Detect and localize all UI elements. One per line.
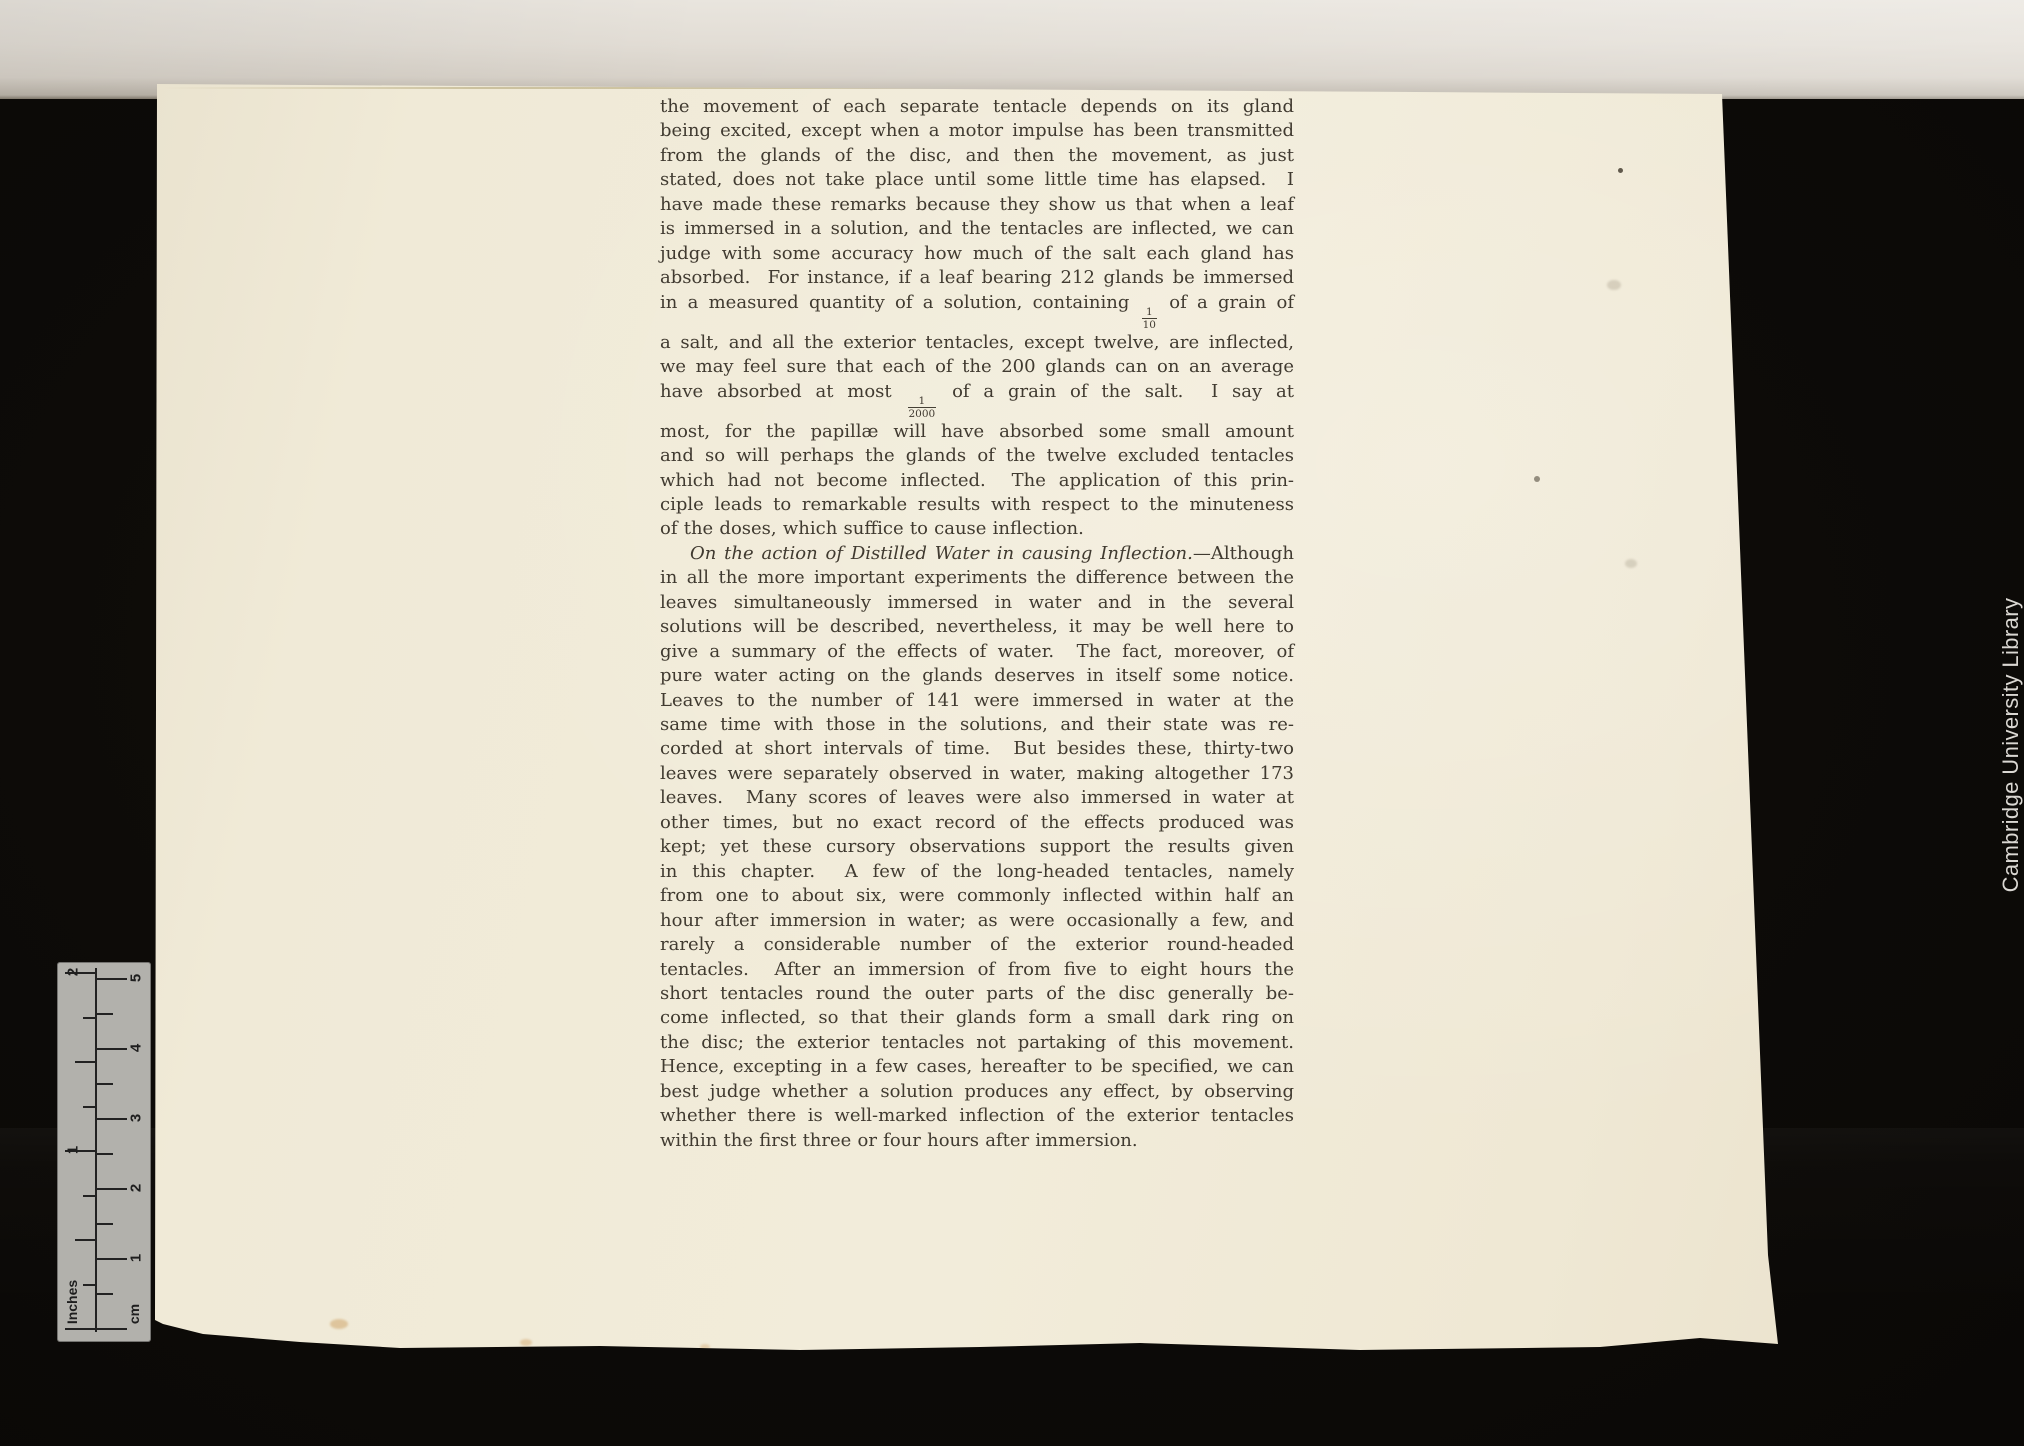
inch-tick	[75, 1239, 95, 1241]
text-line: from one to about six, were commonly inf…	[660, 884, 1294, 908]
text-line: give a summary of the effects of water. …	[660, 640, 1294, 664]
ruler: Inches cm 1212345	[57, 962, 151, 1342]
text-line: in this chapter. A few of the long-heade…	[660, 860, 1294, 884]
text-line: of the doses, which suffice to cause inf…	[660, 517, 1294, 541]
cm-tick	[97, 1188, 127, 1190]
page-stain	[1534, 476, 1540, 482]
text-line: tentacles. After an immersion of from fi…	[660, 958, 1294, 982]
ruler-axis	[95, 968, 97, 1332]
text-line: solutions will be described, nevertheles…	[660, 615, 1294, 639]
cm-tick	[97, 1153, 113, 1155]
scan-stage: the movement of each separate tentacle d…	[0, 0, 2024, 1446]
text-line: corded at short intervals of time. But b…	[660, 737, 1294, 761]
cm-tick	[97, 1258, 127, 1260]
text-line: most, for the papillæ will have absorbed…	[660, 420, 1294, 444]
text-line: hour after immersion in water; as were o…	[660, 909, 1294, 933]
text-line: and so will perhaps the glands of the tw…	[660, 444, 1294, 468]
text-line: other times, but no exact record of the …	[660, 811, 1294, 835]
text-line: absorbed. For instance, if a leaf bearin…	[660, 266, 1294, 290]
text-line: come inflected, so that their glands for…	[660, 1006, 1294, 1030]
cm-tick	[97, 1223, 113, 1225]
text-line: ciple leads to remarkable results with r…	[660, 493, 1294, 517]
text-line: judge with some accuracy how much of the…	[660, 242, 1294, 266]
text-line: rarely a considerable number of the exte…	[660, 933, 1294, 957]
cm-tick	[97, 1328, 127, 1330]
inch-tick	[83, 1017, 95, 1019]
text-line: Hence, excepting in a few cases, hereaft…	[660, 1055, 1294, 1079]
text-line: Leaves to the number of 141 were immerse…	[660, 689, 1294, 713]
text-line: have made these remarks because they sho…	[660, 193, 1294, 217]
text-line: have absorbed at most 12000 of a grain o…	[660, 380, 1294, 420]
cm-number: 5	[128, 974, 145, 982]
library-watermark: Cambridge University Library	[1998, 598, 2024, 893]
cm-tick	[97, 1013, 113, 1015]
inch-number: 2	[65, 968, 82, 976]
text-line: which had not become inflected. The appl…	[660, 469, 1294, 493]
text-line: is immersed in a solution, and the tenta…	[660, 217, 1294, 241]
ruler-cm-label: cm	[126, 1304, 142, 1324]
text-line: short tentacles round the outer parts of…	[660, 982, 1294, 1006]
text-line: leaves. Many scores of leaves were also …	[660, 786, 1294, 810]
text-line: within the first three or four hours aft…	[660, 1129, 1294, 1153]
cm-number: 4	[128, 1044, 145, 1052]
cm-tick	[97, 978, 127, 980]
page-stain	[1625, 559, 1637, 568]
text-line: pure water acting on the glands deserves…	[660, 664, 1294, 688]
text-block: the movement of each separate tentacle d…	[660, 95, 1294, 1153]
text-line: kept; yet these cursory observations sup…	[660, 835, 1294, 859]
inch-number: 1	[65, 1146, 82, 1154]
text-line: whether there is well-marked inflection …	[660, 1104, 1294, 1128]
cm-number: 2	[128, 1184, 145, 1192]
inch-tick	[75, 1061, 95, 1063]
cm-tick	[97, 1293, 113, 1295]
text-line: from the glands of the disc, and then th…	[660, 144, 1294, 168]
text-line: leaves simultaneously immersed in water …	[660, 591, 1294, 615]
fraction: 12000	[908, 396, 937, 420]
text-line: stated, does not take place until some l…	[660, 168, 1294, 192]
text-line: the movement of each separate tentacle d…	[660, 95, 1294, 119]
cm-number: 3	[128, 1114, 145, 1122]
cm-tick	[97, 1083, 113, 1085]
ruler-inches-label: Inches	[64, 1280, 80, 1324]
page-stain	[1607, 280, 1621, 290]
page-stain	[1618, 168, 1623, 173]
text-line: being excited, except when a motor impul…	[660, 119, 1294, 143]
text-line: leaves were separately observed in water…	[660, 762, 1294, 786]
inch-tick	[83, 1195, 95, 1197]
text-line: we may feel sure that each of the 200 gl…	[660, 355, 1294, 379]
text-line: in all the more important experiments th…	[660, 566, 1294, 590]
text-line: the disc; the exterior tentacles not par…	[660, 1031, 1294, 1055]
page-stain	[330, 1319, 348, 1329]
scanner-backdrop-top	[0, 0, 2024, 99]
fraction: 110	[1142, 307, 1157, 331]
text-line: On the action of Distilled Water in caus…	[660, 542, 1294, 566]
cm-number: 1	[128, 1254, 145, 1262]
page-stain	[520, 1339, 532, 1346]
text-line: a salt, and all the exterior tentacles, …	[660, 331, 1294, 355]
inch-tick	[65, 1328, 95, 1330]
cm-tick	[97, 1048, 127, 1050]
text-line: same time with those in the solutions, a…	[660, 713, 1294, 737]
text-line: in a measured quantity of a solution, co…	[660, 291, 1294, 331]
text-line: best judge whether a solution produces a…	[660, 1080, 1294, 1104]
inch-tick	[83, 1106, 95, 1108]
cm-tick	[97, 1118, 127, 1120]
inch-tick	[83, 1284, 95, 1286]
